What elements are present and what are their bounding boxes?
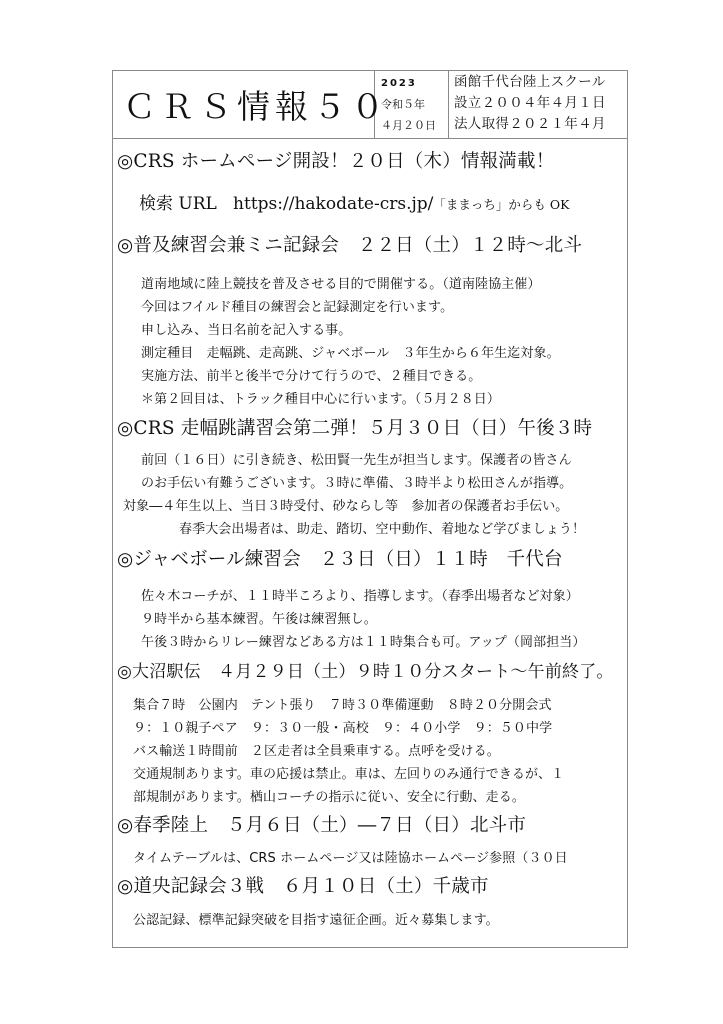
section-line: 集合７時 公園内 テント張り ７時３０準備運動 ８時２０分開会式 [133,694,552,713]
url-label: 検索 URL [139,194,217,214]
issue-era: 令和５年 [381,94,448,115]
homepage-url-line: 検索 URL https://hakodate-crs.jp/「ままっち」からも… [139,189,569,214]
org-founded: 設立２００４年４月１日 [454,93,627,114]
section-title-mini-meet: ◎普及練習会兼ミニ記録会 ２２日（土）１２時～北斗 [117,231,582,257]
issue-day: ４月２０日 [381,115,448,136]
section-line: 実施方法、前半と後半で分けて行うので、２種目できる。 [141,365,481,384]
section-line: ９時半から基本練習。午後は練習無し。 [141,608,377,627]
section-line: ９：１０親子ペア ９：３０一般・高校 ９：４０小学 ９：５０中学 [133,717,552,736]
section-line: 測定種目 走幅跳、走高跳、ジャベボール ３年生から６年生迄対象。 [141,342,560,361]
section-title-homepage: ◎CRS ホームページ開設！２０日（木）情報満載！ [117,147,554,173]
section-line: 対象―４年生以上、当日３時受付、砂ならし等 参加者の保護者お手伝い。 [123,495,568,514]
section-title-javeball: ◎ジャベボール練習会 ２３日（日）１１時 千代台 [117,545,563,571]
section-line: 交通規制あります。車の応援は禁止。車は、左回りのみ通行できるが、１ [133,763,564,782]
newsletter-header: ＣＲＳ情報５０ 2023 令和５年 ４月２０日 函館千代台陸上スクール 設立２０… [113,71,627,139]
url-note: 「ままっち」からも OK [433,197,569,212]
section-line: 部規制があります。楢山コーチの指示に従い、安全に行動、走る。 [133,786,525,805]
section-title-doo-record-meet: ◎道央記録会３戦 ６月１０日（土）千歳市 [117,872,489,898]
section-line: 佐々木コーチが、１１時半ころより、指導します。（春季出場者など対象） [141,585,579,604]
section-line: 春季大会出場者は、助走、踏切、空中動作、着地など学びましょう！ [179,518,585,537]
org-name: 函館千代台陸上スクール [454,72,627,93]
section-line: 今回はフイルド種目の練習会と記録測定を行います。 [141,296,453,315]
section-title-spring-meet: ◎春季陸上 ５月６日（土）―７日（日）北斗市 [117,811,526,837]
organization-info: 函館千代台陸上スクール 設立２００４年４月１日 法人取得２０２１年４月 [449,71,627,138]
org-incorporated: 法人取得２０２１年４月 [454,114,627,135]
section-line: バス輸送１時間前 ２区走者は全員乗車する。点呼を受ける。 [133,740,500,759]
section-line: のお手伝い有難うございます。３時に準備、３時半より松田さんが指導。 [141,472,572,491]
section-title-onuma-ekiden: ◎大沼駅伝 ４月２９日（土）９時１０分スタート～午前終了。 [117,657,614,682]
section-title-long-jump-clinic: ◎CRS 走幅跳講習会第二弾！５月３０日（日）午後３時 [117,414,592,440]
newsletter-page: ＣＲＳ情報５０ 2023 令和５年 ４月２０日 函館千代台陸上スクール 設立２０… [112,70,628,948]
issue-date: 2023 令和５年 ４月２０日 [375,71,449,138]
section-line: 道南地域に陸上競技を普及させる目的で開催する。（道南陸協主催） [141,273,541,292]
section-line: 公認記録、標準記録突破を目指す遠征企画。近々募集します。 [133,909,499,928]
section-line: タイムテーブルは、CRS ホームページ又は陸協ホームページ参照（３０日 [133,847,568,866]
homepage-link[interactable]: https://hakodate-crs.jp/ [233,194,433,214]
section-line: 申し込み、当日名前を記入する事。 [141,319,351,338]
newsletter-title: ＣＲＳ情報５０ [113,71,375,138]
section-line: ＊第２回目は、トラック種目中心に行います。（５月２８日） [141,388,500,407]
section-line: 前回（１６日）に引き続き、松田賢一先生が担当します。保護者の皆さん [141,449,572,468]
issue-year: 2023 [381,73,448,94]
section-line: 午後３時からリレー練習などある方は１１時集合も可。アップ（岡部担当） [141,631,586,650]
